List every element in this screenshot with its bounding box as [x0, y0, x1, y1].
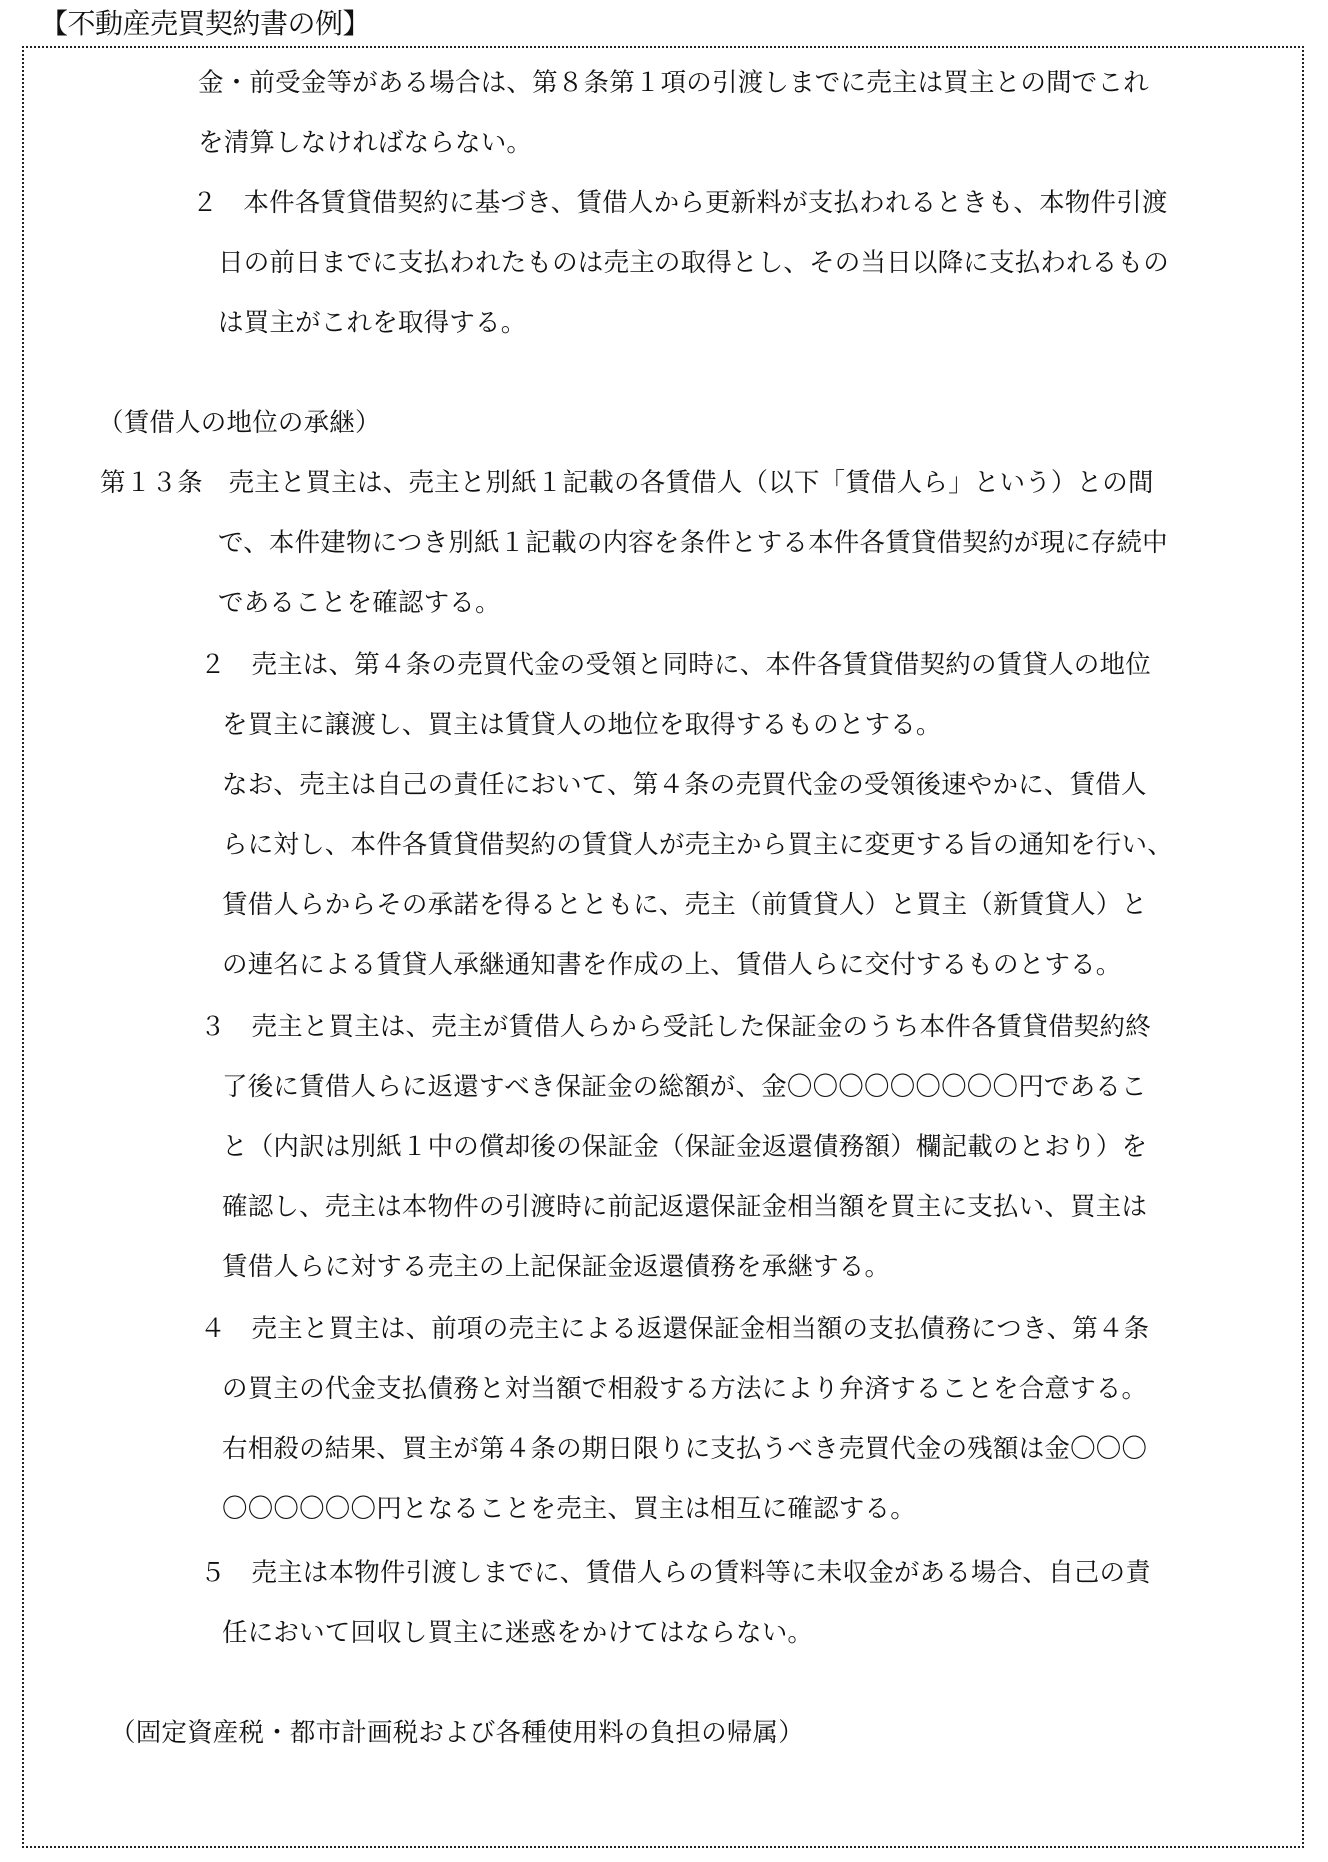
- text-line: （固定資産税・都市計画税および各種使用料の負担の帰属）: [110, 1716, 804, 1750]
- text-line: ２ 売主は、第４条の売買代金の受領と同時に、本件各賃貸借契約の賃貸人の地位: [200, 648, 1151, 682]
- text-line: と（内訳は別紙１中の償却後の保証金（保証金返還債務額）欄記載のとおり）を: [222, 1130, 1147, 1164]
- text-line: ２ 本件各賃貸借契約に基づき、賃借人から更新料が支払われるときも、本物件引渡: [192, 186, 1168, 220]
- text-line: の連名による賃貸人承継通知書を作成の上、賃借人らに交付するものとする。: [222, 948, 1122, 982]
- text-line: 任において回収し買主に迷惑をかけてはならない。: [222, 1616, 813, 1650]
- text-line: を清算しなければならない。: [198, 126, 532, 160]
- text-line: 金・前受金等がある場合は、第８条第１項の引渡しまでに売主は買主との間でこれ: [198, 66, 1149, 100]
- text-line: の買主の代金支払債務と対当額で相殺する方法により弁済することを合意する。: [222, 1372, 1147, 1406]
- text-line: 右相殺の結果、買主が第４条の期日限りに支払うべき売買代金の残額は金〇〇〇: [222, 1432, 1147, 1466]
- text-line: ４ 売主と買主は、前項の売主による返還保証金相当額の支払債務につき、第４条: [200, 1312, 1149, 1346]
- text-line: 第１３条 売主と買主は、売主と別紙１記載の各賃借人（以下「賃借人ら」という）との…: [100, 466, 1154, 500]
- text-line: 了後に賃借人らに返還すべき保証金の総額が、金〇〇〇〇〇〇〇〇〇円であるこ: [222, 1070, 1147, 1104]
- text-line: で、本件建物につき別紙１記載の内容を条件とする本件各賃貸借契約が現に存続中: [218, 526, 1168, 560]
- text-line: 確認し、売主は本物件の引渡時に前記返還保証金相当額を買主に支払い、買主は: [222, 1190, 1147, 1224]
- text-line: であることを確認する。: [218, 586, 501, 620]
- text-line: ５ 売主は本物件引渡しまでに、賃借人らの賃料等に未収金がある場合、自己の責: [200, 1556, 1151, 1590]
- text-line: 〇〇〇〇〇〇円となることを売主、買主は相互に確認する。: [222, 1492, 916, 1526]
- text-line: なお、売主は自己の責任において、第４条の売買代金の受領後速やかに、賃借人: [222, 768, 1147, 802]
- text-line: 賃借人らからその承諾を得るとともに、売主（前賃貸人）と買主（新賃貸人）と: [222, 888, 1147, 922]
- text-line: らに対し、本件各賃貸借契約の賃貸人が売主から買主に変更する旨の通知を行い、: [222, 828, 1173, 862]
- text-line: （賃借人の地位の承継）: [98, 406, 381, 440]
- document-title: 【不動産売買契約書の例】: [40, 6, 370, 42]
- text-line: 日の前日までに支払われたものは売主の取得とし、その当日以降に支払われるもの: [218, 246, 1169, 280]
- text-line: 賃借人らに対する売主の上記保証金返還債務を承継する。: [222, 1250, 890, 1284]
- text-line: ３ 売主と買主は、売主が賃借人らから受託した保証金のうち本件各賃貸借契約終: [200, 1010, 1151, 1044]
- text-line: を買主に譲渡し、買主は賃貸人の地位を取得するものとする。: [222, 708, 942, 742]
- text-line: は買主がこれを取得する。: [218, 306, 526, 340]
